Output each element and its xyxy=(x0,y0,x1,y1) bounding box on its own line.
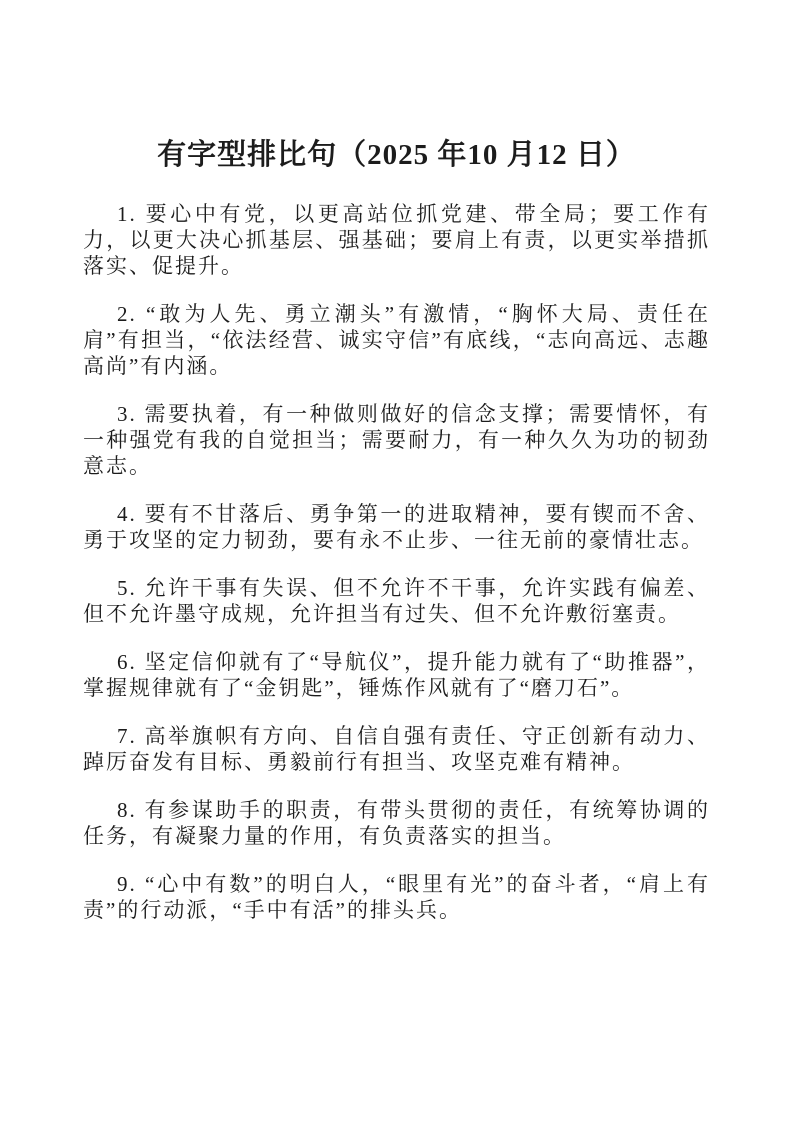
paragraph-9: 9. “心中有数”的明白人，“眼里有光”的奋斗者，“肩上有责”的行动派，“手中有… xyxy=(83,871,710,923)
paragraph-3: 3. 需要执着，有一种做则做好的信念支撑；需要情怀，有一种强党有我的自觉担当；需… xyxy=(83,401,710,479)
paragraph-8: 8. 有参谋助手的职责，有带头贯彻的责任，有统筹协调的任务，有凝聚力量的作用，有… xyxy=(83,797,710,849)
paragraph-1: 1. 要心中有党，以更高站位抓党建、带全局；要工作有力，以更大决心抓基层、强基础… xyxy=(83,201,710,279)
paragraph-6: 6. 坚定信仰就有了“导航仪”，提升能力就有了“助推器”，掌握规律就有了“金钥匙… xyxy=(83,649,710,701)
paragraph-7: 7. 高举旗帜有方向、自信自强有责任、守正创新有动力、踔厉奋发有目标、勇毅前行有… xyxy=(83,723,710,775)
document-title: 有字型排比句（2025 年10 月12 日） xyxy=(83,136,710,174)
paragraph-2: 2. “敢为人先、勇立潮头”有激情，“胸怀大局、责任在肩”有担当，“依法经营、诚… xyxy=(83,301,710,379)
paragraph-5: 5. 允许干事有失误、但不允许不干事，允许实践有偏差、但不允许墨守成规，允许担当… xyxy=(83,575,710,627)
document-page: 有字型排比句（2025 年10 月12 日） 1. 要心中有党，以更高站位抓党建… xyxy=(0,0,793,1121)
paragraph-4: 4. 要有不甘落后、勇争第一的进取精神，要有锲而不舍、勇于攻坚的定力韧劲，要有永… xyxy=(83,501,710,553)
